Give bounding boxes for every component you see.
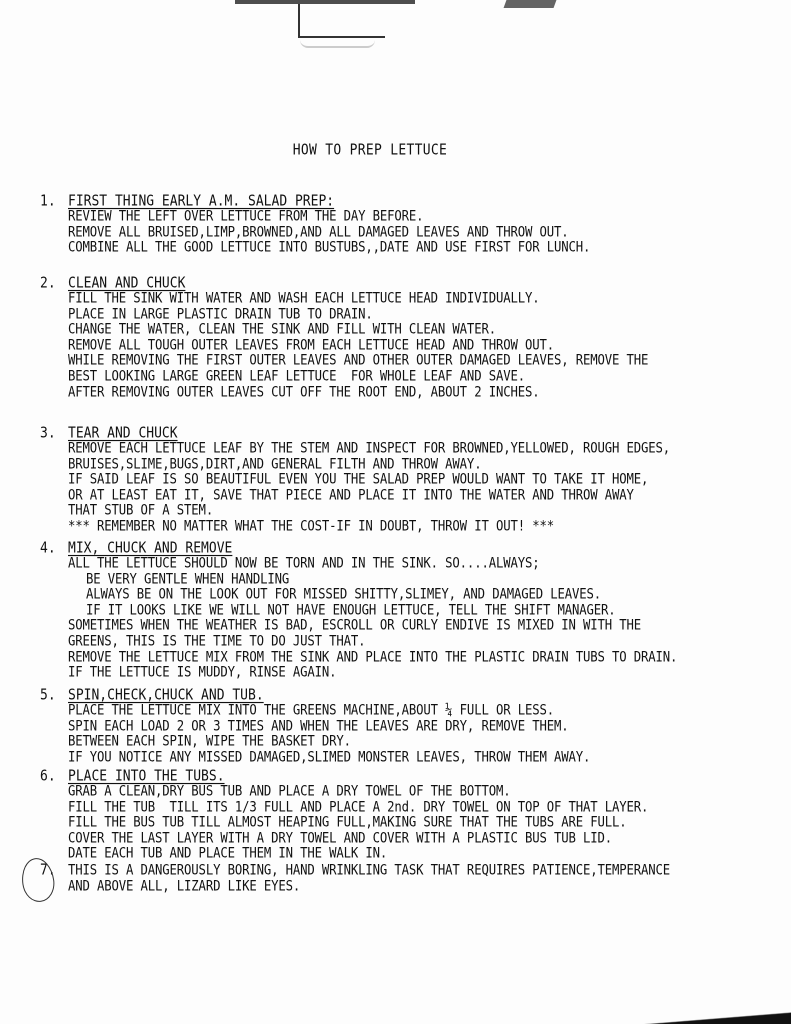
- section-lines: ALL THE LETTUCE SHOULD NOW BE TORN AND I…: [68, 555, 780, 680]
- section-number: 2.: [40, 275, 68, 292]
- section-number: 3.: [40, 425, 68, 442]
- section-5: 5.SPIN,CHECK,CHUCK AND TUB.PLACE THE LET…: [40, 687, 780, 764]
- scan-artifact-bottom: [641, 1012, 791, 1024]
- section-7: 7.THIS IS A DANGEROUSLY BORING, HAND WRI…: [40, 862, 780, 893]
- text-line: IF THE LETTUCE IS MUDDY, RINSE AGAIN.: [68, 664, 780, 682]
- section-lines: PLACE THE LETTUCE MIX INTO THE GREENS MA…: [68, 702, 780, 764]
- document-title: HOW TO PREP LETTUCE: [0, 142, 740, 159]
- text-line: DATE EACH TUB AND PLACE THEM IN THE WALK…: [68, 845, 780, 863]
- text-line: IF YOU NOTICE ANY MISSED DAMAGED,SLIMED …: [68, 749, 780, 767]
- section-lines: FILL THE SINK WITH WATER AND WASH EACH L…: [68, 290, 780, 399]
- scanned-page: HOW TO PREP LETTUCE 1.FIRST THING EARLY …: [0, 0, 791, 1024]
- section-number: 1.: [40, 193, 68, 210]
- section-lines: GRAB A CLEAN,DRY BUS TUB AND PLACE A DRY…: [68, 783, 780, 861]
- scan-artifact-top: [225, 0, 565, 10]
- binder-clip-shadow: [300, 38, 375, 48]
- section-2: 2.CLEAN AND CHUCKFILL THE SINK WITH WATE…: [40, 275, 780, 399]
- section-4: 4.MIX, CHUCK AND REMOVEALL THE LETTUCE S…: [40, 540, 780, 680]
- text-line: AND ABOVE ALL, LIZARD LIKE EYES.: [68, 878, 780, 896]
- text-line: *** REMEMBER NO MATTER WHAT THE COST-IF …: [68, 518, 780, 536]
- binder-clip-mark: [298, 4, 385, 38]
- section-3: 3.TEAR AND CHUCKREMOVE EACH LETTUCE LEAF…: [40, 425, 780, 534]
- text-line: AFTER REMOVING OUTER LEAVES CUT OFF THE …: [68, 384, 780, 402]
- section-lines: REVIEW THE LEFT OVER LETTUCE FROM THE DA…: [68, 208, 780, 255]
- section-number: 5.: [40, 687, 68, 704]
- scan-mark: [504, 0, 557, 8]
- section-6: 6.PLACE INTO THE TUBS.GRAB A CLEAN,DRY B…: [40, 768, 780, 861]
- section-1: 1.FIRST THING EARLY A.M. SALAD PREP:REVI…: [40, 193, 780, 255]
- section-lines: THIS IS A DANGEROUSLY BORING, HAND WRINK…: [68, 862, 780, 893]
- section-lines: REMOVE EACH LETTUCE LEAF BY THE STEM AND…: [68, 440, 780, 534]
- section-number: 4.: [40, 540, 68, 557]
- section-number: 6.: [40, 768, 68, 785]
- text-line: COMBINE ALL THE GOOD LETTUCE INTO BUSTUB…: [68, 239, 780, 257]
